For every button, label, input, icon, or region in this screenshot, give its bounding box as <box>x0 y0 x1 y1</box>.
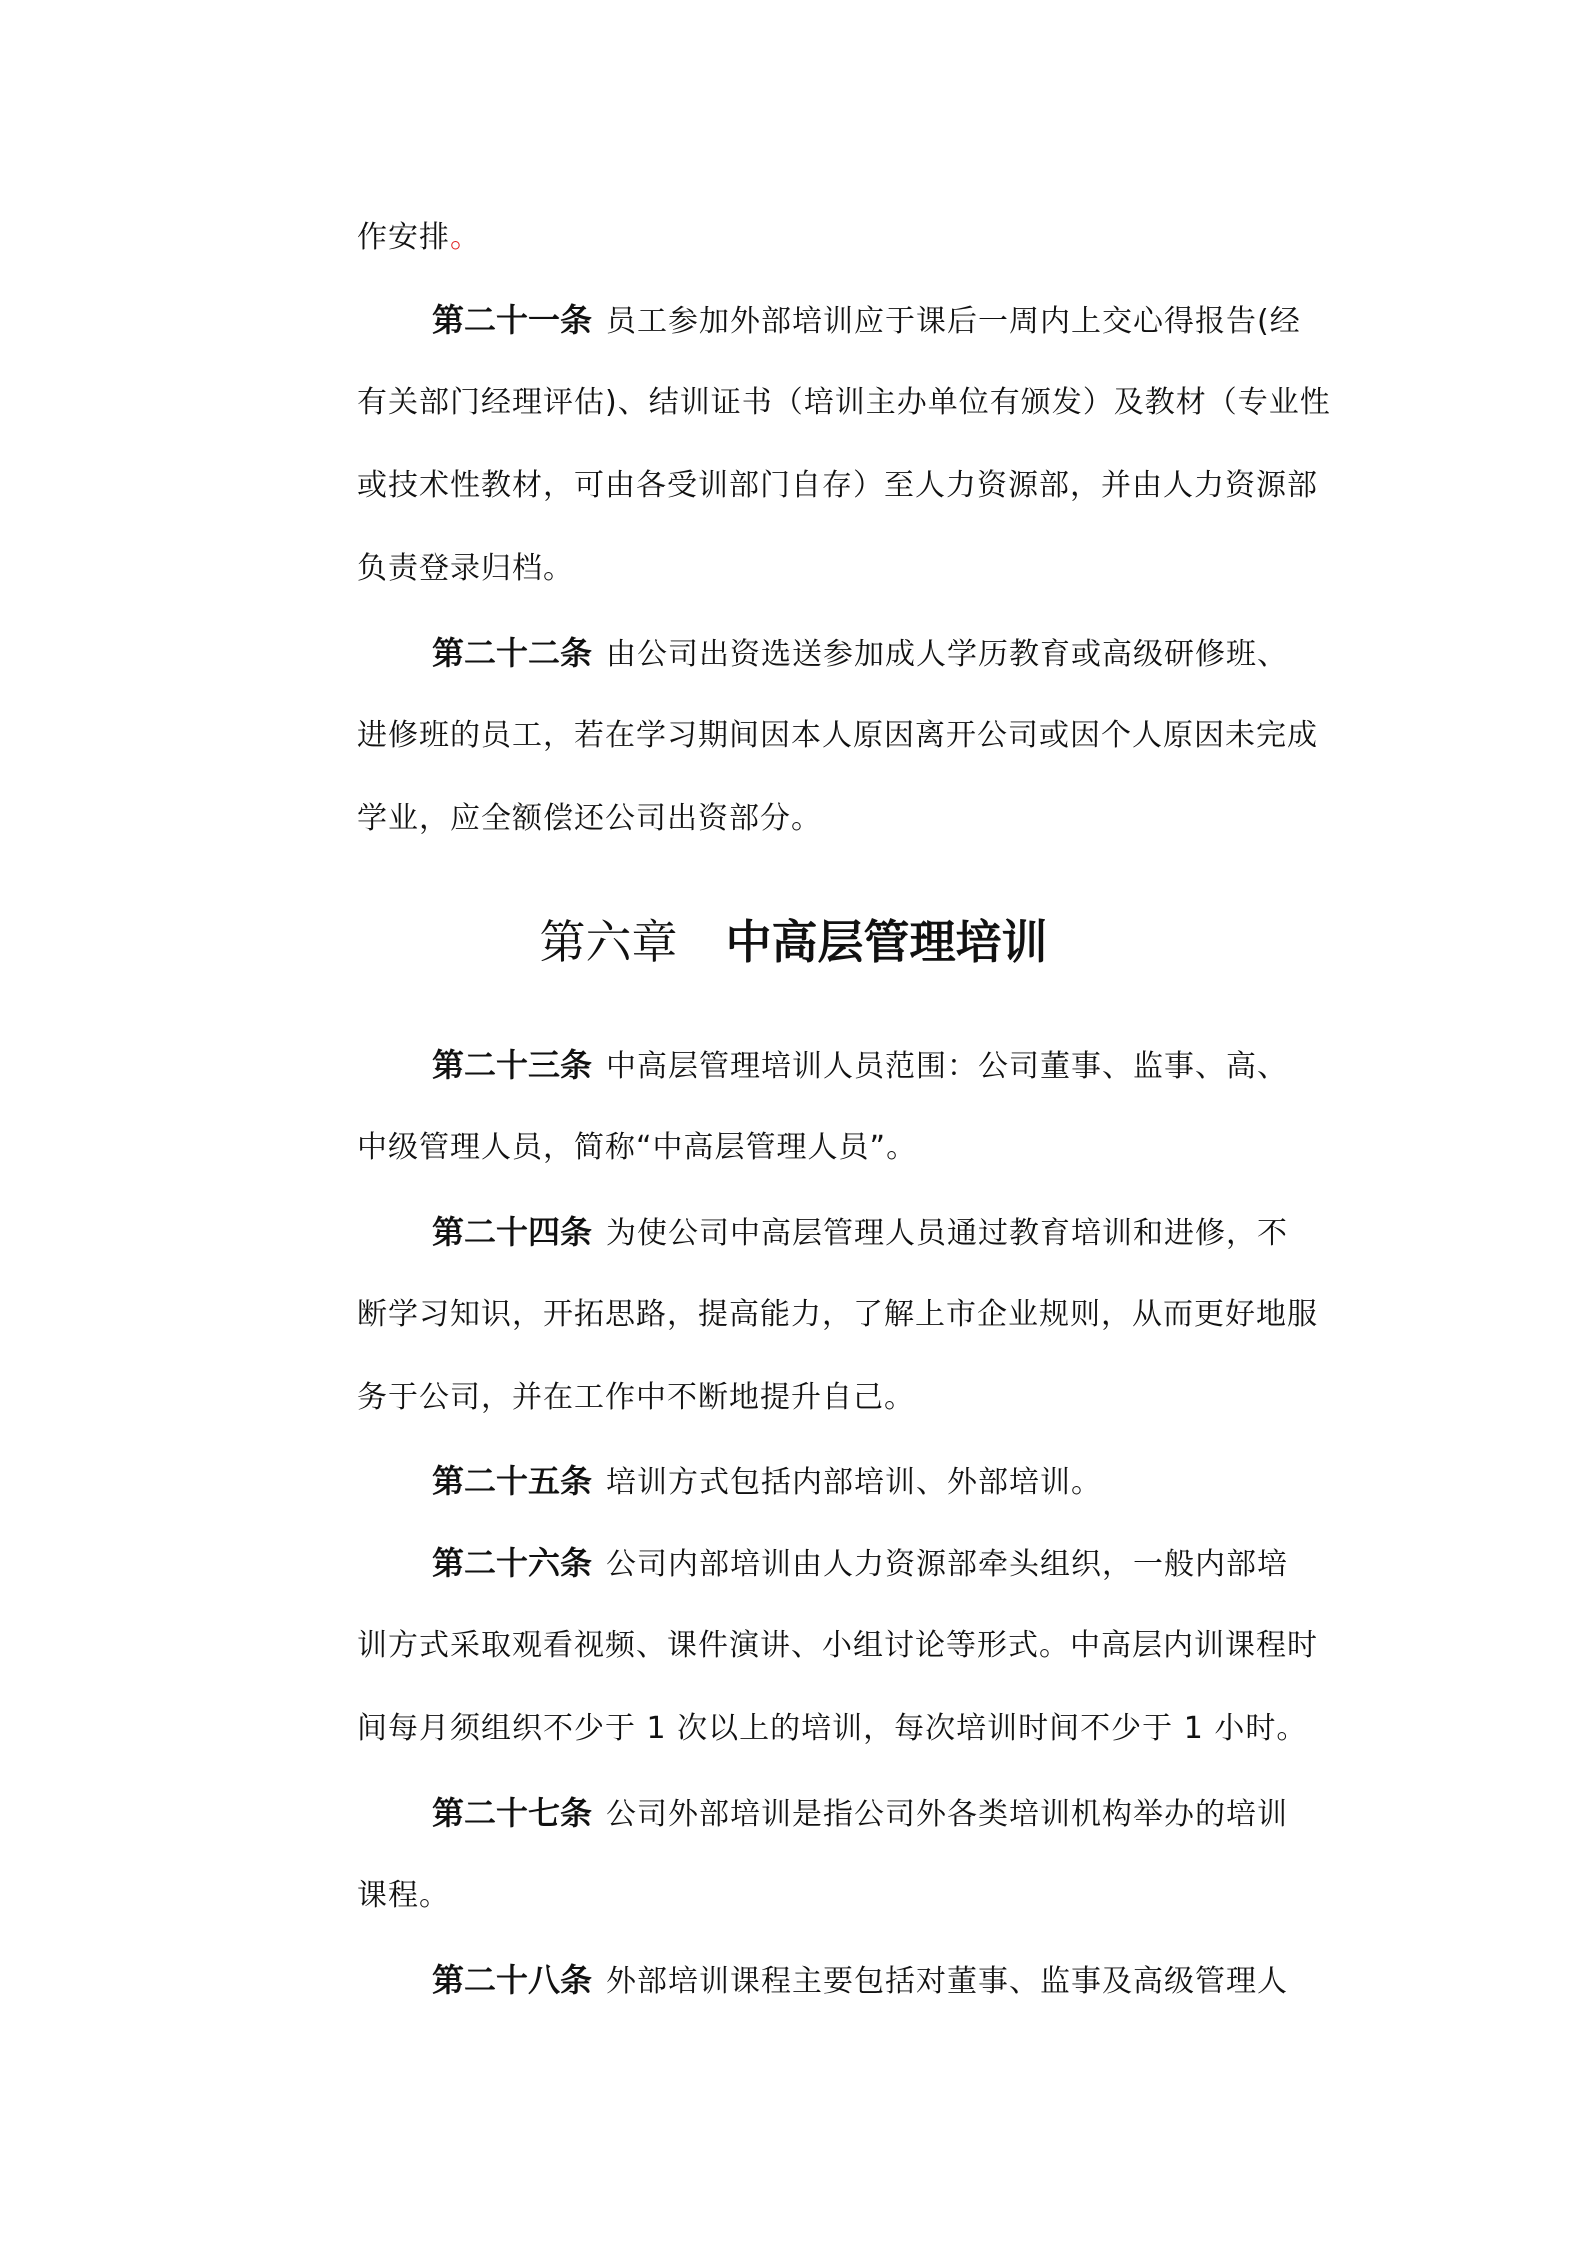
article-27-line-2: 课程。 <box>357 1876 1357 1916</box>
article-23-line-1: 第二十三条中高层管理培训人员范围：公司董事、监事、高、 <box>432 1045 1432 1087</box>
chapter-number: 第六章 <box>540 915 678 969</box>
article-number: 第二十二条 <box>432 634 592 672</box>
article-24-line-1: 第二十四条为使公司中高层管理人员通过教育培训和进修，不 <box>432 1212 1432 1254</box>
article-number: 第二十六条 <box>432 1544 592 1582</box>
article-text: 员工参加外部培训应于课后一周内上交心得报告(经 <box>606 304 1301 339</box>
article-21-line-3: 或技术性教材，可由各受训部门自存）至人力资源部，并由人力资源部 <box>357 466 1357 506</box>
article-22-line-3: 学业，应全额偿还公司出资部分。 <box>357 799 1357 839</box>
article-number: 第二十一条 <box>432 301 592 339</box>
article-27-line-1: 第二十七条公司外部培训是指公司外各类培训机构举办的培训 <box>432 1793 1432 1835</box>
article-text: 外部培训课程主要包括对董事、监事及高级管理人 <box>606 1964 1288 1999</box>
article-text: 培训方式包括内部培训、外部培训。 <box>606 1465 1102 1500</box>
article-26-line-2: 训方式采取观看视频、课件演讲、小组讨论等形式。中高层内训课程时 <box>357 1626 1357 1666</box>
article-text: 中高层管理培训人员范围：公司董事、监事、高、 <box>606 1049 1288 1084</box>
article-text: 公司内部培训由人力资源部牵头组织，一般内部培 <box>606 1547 1288 1582</box>
article-text: 由公司出资选送参加成人学历教育或高级研修班、 <box>606 637 1288 672</box>
chapter-title: 中高层管理培训 <box>726 915 1048 969</box>
article-24-line-2: 断学习知识，开拓思路，提高能力，了解上市企业规则，从而更好地服 <box>357 1295 1357 1335</box>
chapter-heading: 第六章中高层管理培训 <box>0 912 1587 972</box>
article-text: 公司外部培训是指公司外各类培训机构举办的培训 <box>606 1797 1288 1832</box>
article-23-line-2: 中级管理人员，简称“中高层管理人员”。 <box>357 1128 1357 1168</box>
document-page: 作安排。 第二十一条员工参加外部培训应于课后一周内上交心得报告(经 有关部门经理… <box>0 0 1587 2245</box>
article-number: 第二十三条 <box>432 1046 592 1084</box>
article-26-line-3: 间每月须组织不少于 1 次以上的培训，每次培训时间不少于 1 小时。 <box>357 1709 1357 1749</box>
article-26-line-1: 第二十六条公司内部培训由人力资源部牵头组织，一般内部培 <box>432 1543 1432 1585</box>
continuation-text: 作安排 <box>357 220 450 255</box>
article-number: 第二十八条 <box>432 1961 592 1999</box>
article-21-line-1: 第二十一条员工参加外部培训应于课后一周内上交心得报告(经 <box>432 300 1432 342</box>
red-period-mark: 。 <box>450 220 481 255</box>
article-24-line-3: 务于公司，并在工作中不断地提升自己。 <box>357 1378 1357 1418</box>
article-number: 第二十五条 <box>432 1462 592 1500</box>
article-28-line-1: 第二十八条外部培训课程主要包括对董事、监事及高级管理人 <box>432 1960 1432 2002</box>
article-21-line-2: 有关部门经理评估)、结训证书（培训主办单位有颁发）及教材（专业性 <box>357 383 1357 423</box>
article-21-line-4: 负责登录归档。 <box>357 549 1357 589</box>
article-text: 为使公司中高层管理人员通过教育培训和进修，不 <box>606 1216 1288 1251</box>
article-22-line-2: 进修班的员工，若在学习期间因本人原因离开公司或因个人原因未完成 <box>357 716 1357 756</box>
article-25-line-1: 第二十五条培训方式包括内部培训、外部培训。 <box>432 1461 1432 1503</box>
article-number: 第二十七条 <box>432 1794 592 1832</box>
article-number: 第二十四条 <box>432 1213 592 1251</box>
article-22-line-1: 第二十二条由公司出资选送参加成人学历教育或高级研修班、 <box>432 633 1432 675</box>
paragraph-continuation: 作安排。 <box>357 218 1357 258</box>
